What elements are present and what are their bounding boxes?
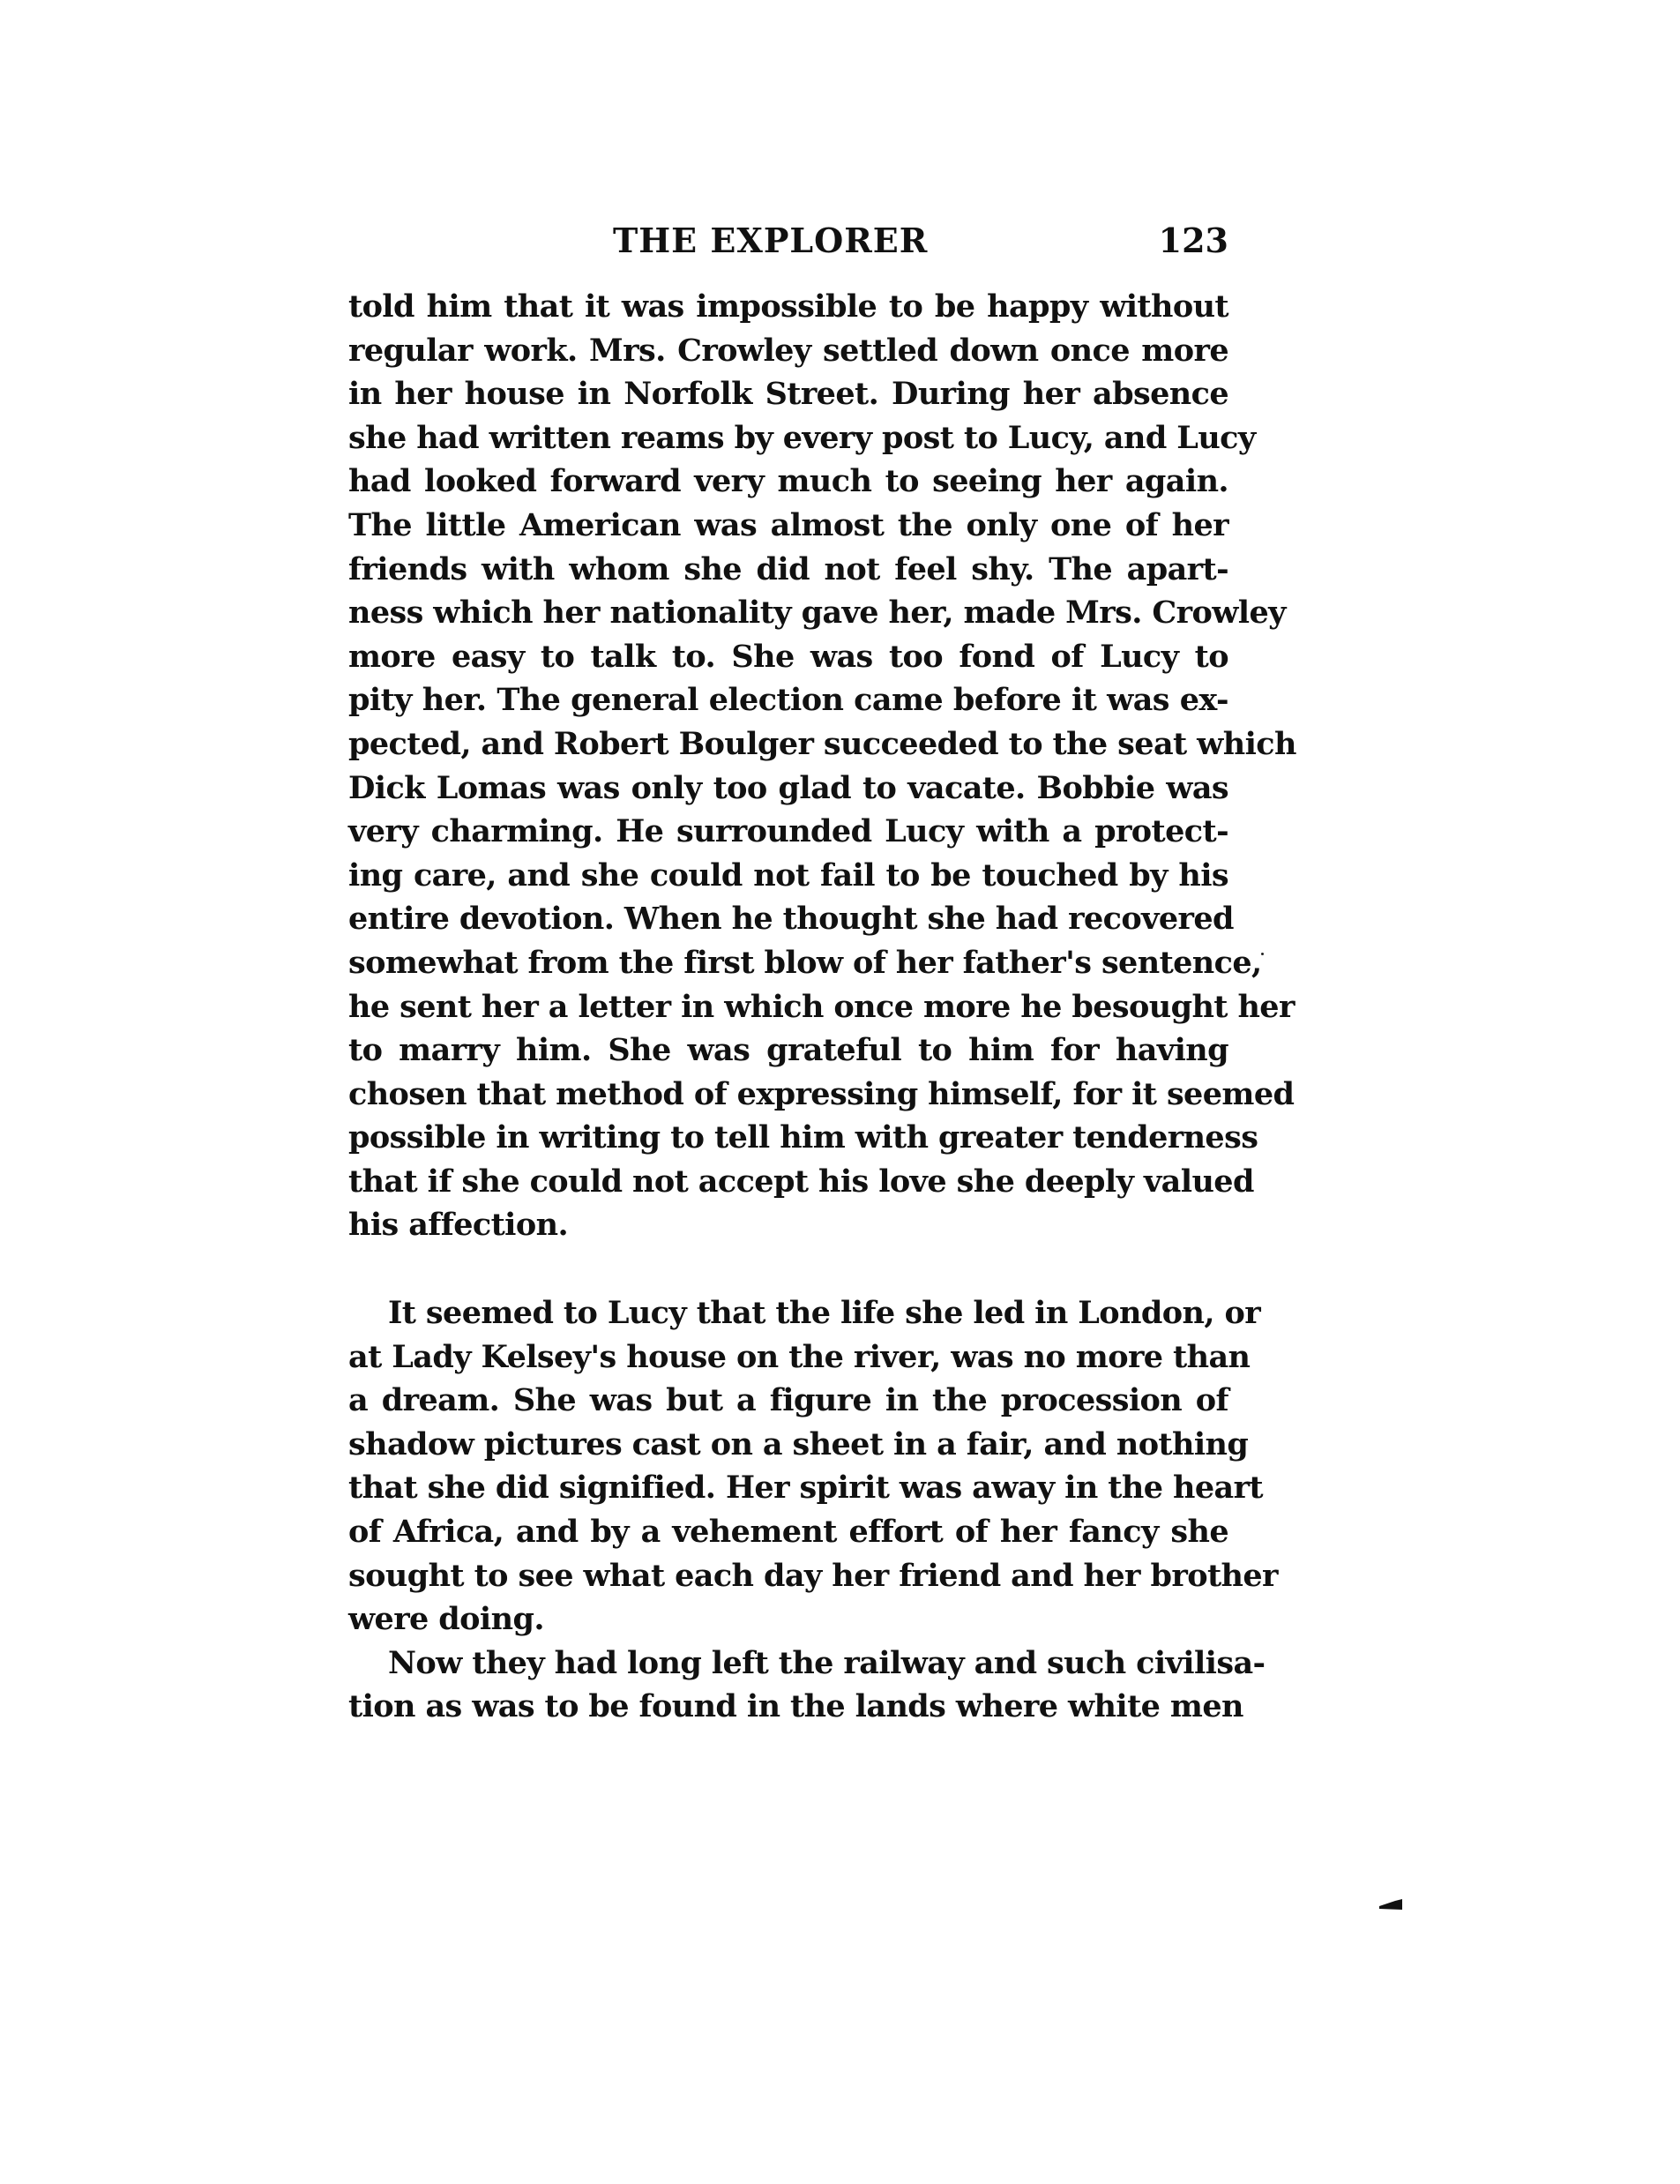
text-line: in her house in Norfolk Street. During h… — [348, 372, 1228, 416]
text-line: of Africa, and by a vehement effort of h… — [348, 1510, 1228, 1554]
text-line: his affection. — [348, 1203, 1228, 1247]
text-line: very charming. He surrounded Lucy with a… — [348, 810, 1228, 854]
scan-speck — [1261, 953, 1264, 955]
text-line: possible in writing to tell him with gre… — [348, 1116, 1228, 1160]
text-line: regular work. Mrs. Crowley settled down … — [348, 329, 1228, 373]
text-line: had looked forward very much to seeing h… — [348, 460, 1228, 504]
page-number: 123 — [1159, 219, 1228, 263]
text-line: pected, and Robert Boulger succeeded to … — [348, 722, 1228, 767]
text-line: Dick Lomas was only too glad to vacate. … — [348, 767, 1228, 811]
text-line: friends with whom she did not feel shy. … — [348, 548, 1228, 592]
paragraph-2: It seemed to Lucy that the life she led … — [348, 1291, 1228, 1642]
text-line: at Lady Kelsey's house on the river, was… — [348, 1335, 1228, 1380]
text-line: Now they had long left the railway and s… — [348, 1642, 1228, 1686]
text-line: sought to see what each day her friend a… — [348, 1554, 1228, 1598]
text-line: tion as was to be found in the lands whe… — [348, 1685, 1228, 1729]
text-line: chosen that method of expressing himself… — [348, 1073, 1228, 1117]
text-line: It seemed to Lucy that the life she led … — [348, 1291, 1228, 1335]
running-title: THE EXPLORER — [613, 219, 928, 263]
text-line: a dream. She was but a figure in the pro… — [348, 1379, 1228, 1423]
paragraph-3: Now they had long left the railway and s… — [348, 1642, 1228, 1729]
text-line: pity her. The general election came befo… — [348, 678, 1228, 722]
text-line: were doing. — [348, 1597, 1228, 1642]
text-line: told him that it was impossible to be ha… — [348, 285, 1228, 329]
text-line: that she did signified. Her spirit was a… — [348, 1466, 1228, 1510]
book-page: THE EXPLORER 123 told him that it was im… — [0, 0, 1680, 2184]
text-line: more easy to talk to. She was too fond o… — [348, 635, 1228, 679]
text-line: entire devotion. When he thought she had… — [348, 897, 1228, 941]
section-break — [348, 1247, 1228, 1291]
text-line: she had written reams by every post to L… — [348, 416, 1228, 460]
text-line: shadow pictures cast on a sheet in a fai… — [348, 1423, 1228, 1467]
body-text: told him that it was impossible to be ha… — [348, 285, 1228, 1729]
running-header: THE EXPLORER 123 — [348, 219, 1228, 263]
text-line: ing care, and she could not fail to be t… — [348, 854, 1228, 898]
text-line: to marry him. She was grateful to him fo… — [348, 1028, 1228, 1073]
paragraph-1: told him that it was impossible to be ha… — [348, 285, 1228, 1247]
scan-edge-mark-icon — [1379, 1899, 1402, 1910]
text-line: that if she could not accept his love sh… — [348, 1160, 1228, 1204]
text-line: he sent her a letter in which once more … — [348, 985, 1228, 1029]
text-line: The little American was almost the only … — [348, 504, 1228, 548]
text-line: somewhat from the first blow of her fath… — [348, 941, 1228, 985]
text-line: ness which her nationality gave her, mad… — [348, 591, 1228, 635]
